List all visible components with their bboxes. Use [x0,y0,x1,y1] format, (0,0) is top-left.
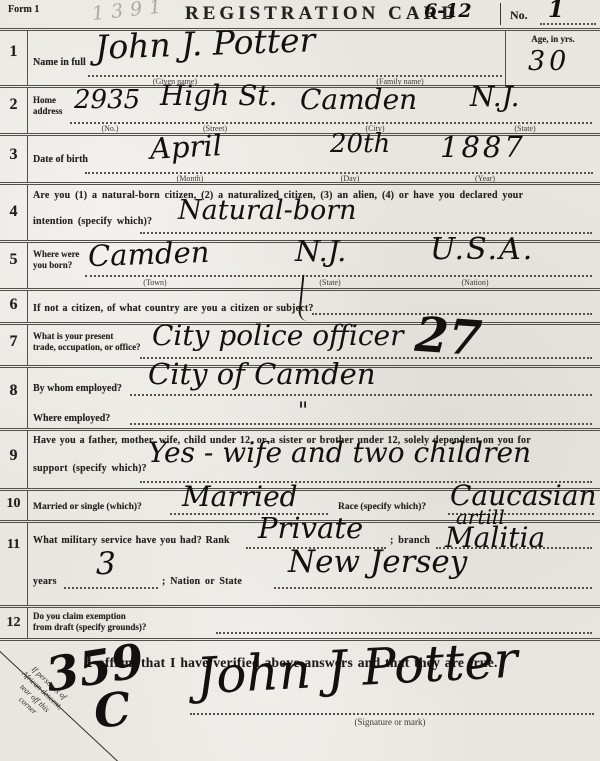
by-whom-employed-label: By whom employed? [33,383,122,395]
dotted-line [85,275,592,277]
citizenship-question-line2: intention (specify which)? [33,216,152,227]
header-divider [500,3,501,25]
column-rule [27,523,28,605]
column-rule [27,136,28,182]
card-footer: I affirm that I have verified above answ… [0,638,600,761]
handwritten-registration-number: 1 [548,0,564,21]
marital-status-label: Married or single (which)? [33,502,142,513]
home-address-label: Homeaddress [33,95,62,117]
signature-or-mark-label: (Signature or mark) [300,717,480,727]
dotted-line [274,587,592,589]
occupation-label: What is your presenttrade, occupation, o… [33,331,141,353]
row-number: 5 [0,251,27,269]
handwritten-birth-town: Camden [88,238,210,271]
column-rule [27,185,28,240]
dotted-line [130,394,592,396]
handwritten-rank: Private [258,514,363,543]
handwritten-birth-nation: U.S.A. [430,235,534,265]
column-rule [27,291,28,322]
nation-or-state-label: ; Nation or State [162,576,242,587]
row-number: 12 [0,615,27,631]
row-number: 8 [0,382,27,400]
handwritten-nation-or-state: New Jersey [288,547,467,578]
handwritten-birth-state: N.J. [295,237,346,266]
handwritten-order-number: 6-12 [424,2,472,21]
where-employed-label: Where employed? [33,413,110,425]
foreign-citizenship-question: If not a citizen, of what country are yo… [33,303,314,314]
handwritten-house-number: 2935 [74,87,140,113]
column-rule [27,243,28,288]
field-row-home-address: 2 Homeaddress 2935 High St. Camden N.J. … [0,85,600,133]
exemption-label: Do you claim exemptionfrom draft (specif… [33,611,146,633]
handwritten-marital-status: Married [182,483,298,511]
row-number: 7 [0,333,27,351]
handwritten-citizenship: Natural-born [178,197,357,224]
handwritten-street: High St. [160,82,278,110]
handwritten-employer: City of Camden [148,360,376,389]
handwritten-state: N.J. [470,83,520,111]
name-label: Name in full [33,57,86,69]
field-row-birthplace: 5 Where wereyou born? Camden N.J. U.S.A.… [0,240,600,288]
age-label: Age, in yrs. [508,34,598,45]
row-number: 3 [0,146,27,164]
years-label: years [33,576,57,587]
date-of-birth-label: Date of birth [33,154,88,166]
column-rule [27,325,28,365]
dotted-line [540,23,596,25]
handwritten-years: 3 [96,549,116,580]
handwritten-year: 1887 [440,133,526,162]
registration-card: Form 1 1391 REGISTRATION CARD 6-12 No. 1… [0,0,600,761]
handwritten-ditto-mark: " [298,401,308,423]
column-rule [27,88,28,133]
handwritten-dependents: Yes - wife and two children [148,439,531,467]
row-number: 6 [0,296,27,314]
field-row-employer: 8 By whom employed? City of Camden Where… [0,365,600,428]
birthplace-label: Where wereyou born? [33,249,79,271]
handwritten-month: April [149,131,222,164]
handwritten-signature: John J Potter [195,635,519,702]
row-number: 11 [0,537,27,553]
row-number: 10 [0,496,27,512]
form-number-label: Form 1 [8,4,39,16]
column-rule [27,368,28,428]
field-row-date-of-birth: 3 Date of birth April 20th 1887 (Month) … [0,133,600,182]
sub-label-town: (Town) [120,278,190,287]
dotted-line [64,587,158,589]
field-row-name: 1 Name in full John J. Potter (Given nam… [0,28,600,85]
handwritten-overlay-number: 27 [413,311,483,364]
handwritten-age: 30 [528,48,570,75]
column-rule [27,491,28,520]
stamp-letter: C [92,685,133,735]
military-service-label: What military service have you had? Rank [33,535,230,546]
row-number: 9 [0,447,27,465]
handwritten-day: 20th [330,131,390,157]
handwritten-occupation: City police officer [152,322,403,350]
dotted-line [130,423,592,425]
column-rule [27,431,28,488]
field-row-military-service: 11 What military service have you had? R… [0,520,600,605]
field-row-foreign-citizenship: 6 If not a citizen, of what country are … [0,288,600,322]
no-label: No. [510,8,528,22]
dotted-line [216,632,592,634]
row-number: 2 [0,96,27,114]
row-number: 4 [0,203,27,221]
handwritten-serial-number: 1391 [91,0,169,24]
column-rule [27,608,28,638]
handwritten-name: John J. Potter [94,23,315,64]
handwritten-city: Camden [300,86,417,114]
sub-label-no: (No.) [80,124,140,133]
column-rule [27,31,28,85]
row-number: 1 [0,43,27,61]
dotted-line [190,713,594,715]
age-column-rule [505,31,506,85]
sub-label-nation: (Nation) [440,278,510,287]
dependents-question-line2: support (specify which)? [33,463,147,474]
